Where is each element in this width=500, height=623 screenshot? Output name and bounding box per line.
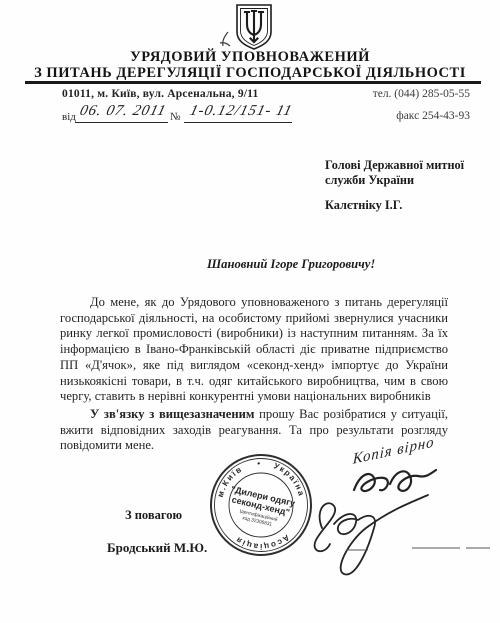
- closing-phrase: З повагою: [125, 508, 182, 523]
- ref-date-handwritten: 06. 07. 2011: [78, 103, 168, 120]
- ref-date-underline: [75, 122, 168, 123]
- ref-from-label: від: [62, 111, 76, 123]
- stamp-ring-bottom: Асоціація: [233, 533, 291, 551]
- signature-large: [300, 480, 498, 585]
- svg-text:•: •: [257, 459, 262, 468]
- letterhead-phone: тел. (044) 285-05-55: [300, 88, 470, 100]
- round-stamp: м.Київ • Україна Асоціація "Дилери одягу…: [208, 452, 314, 558]
- ukraine-trident-emblem-icon: [234, 4, 274, 50]
- recipient-name: Калєтніку І.Г.: [325, 198, 464, 213]
- letterhead-fax: факс 254-43-93: [300, 110, 470, 122]
- pen-mark-icon: [219, 30, 233, 50]
- body-paragraph-1: До мене, як до Урядового уповноваженого …: [60, 295, 448, 405]
- letterhead-title-line1: УРЯДОВИЙ УПОВНОВАЖЕНИЙ: [0, 49, 500, 66]
- letterhead-title-line2: З ПИТАНЬ ДЕРЕГУЛЯЦІЇ ГОСПОДАРСЬКОЇ ДІЯЛЬ…: [0, 65, 500, 82]
- letterhead-address: 01011, м. Київ, вул. Арсенальна, 9/11: [62, 88, 258, 100]
- signatory-name: Бродський М.Ю.: [107, 540, 207, 556]
- scanned-letter-page: УРЯДОВИЙ УПОВНОВАЖЕНИЙ З ПИТАНЬ ДЕРЕГУЛЯ…: [0, 0, 500, 623]
- body-paragraph-2-bold: У зв'язку з вищезазначеним: [90, 407, 254, 421]
- recipient-block: Голові Державної митної служби України К…: [325, 158, 464, 213]
- letterhead-divider: [25, 81, 481, 84]
- ref-number-underline: [184, 122, 292, 123]
- ref-number-label: №: [170, 111, 181, 123]
- recipient-line2: служби України: [325, 173, 464, 188]
- svg-text:Асоціація: Асоціація: [233, 533, 291, 551]
- recipient-line1: Голові Державної митної: [325, 158, 464, 173]
- salutation: Шановний Ігоре Григоровичу!: [207, 257, 375, 272]
- ref-number-handwritten: 1-0.12/151- 11: [188, 103, 294, 120]
- stamp-ring-separator: •: [257, 459, 262, 468]
